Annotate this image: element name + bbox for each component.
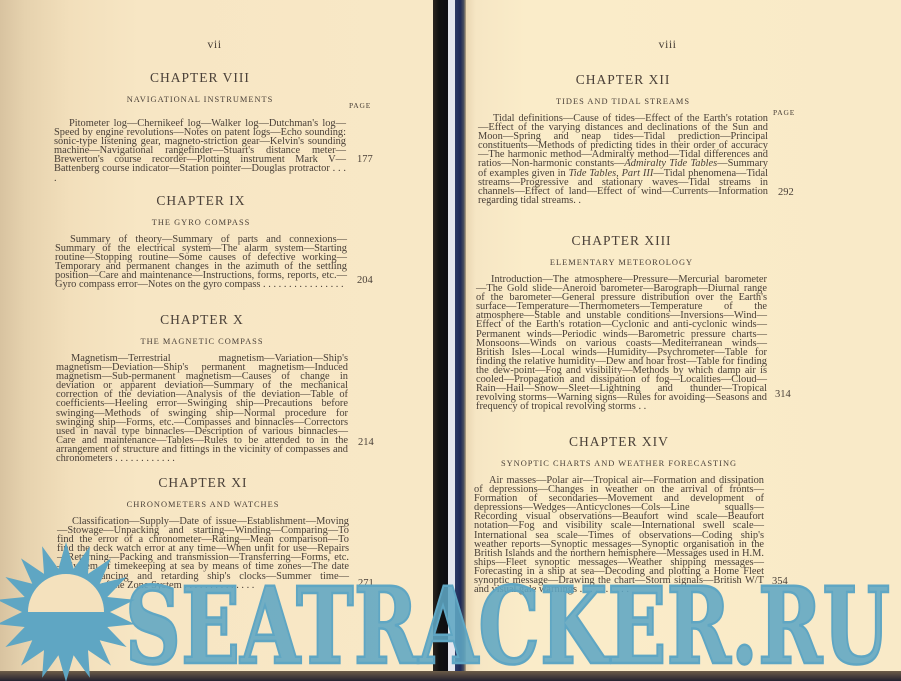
- chapter-xiv: CHAPTER XIV SYNOPTIC CHARTS AND WEATHER …: [474, 434, 764, 594]
- chapter-title: CHAPTER XI: [57, 475, 349, 491]
- book-binding: [455, 0, 466, 681]
- chapter-title: CHAPTER IX: [55, 193, 347, 209]
- page-number: 177: [357, 154, 373, 165]
- chapter-viii: CHAPTER VIII NAVIGATIONAL INSTRUMENTS Pi…: [54, 70, 346, 183]
- right-page: viii CHAPTER XII TIDES AND TIDAL STREAMS…: [466, 0, 901, 681]
- chapter-title: CHAPTER XII: [478, 72, 768, 88]
- page-number: 214: [358, 437, 374, 448]
- chapter-xiii: CHAPTER XIII ELEMENTARY METEOROLOGY Intr…: [476, 233, 767, 411]
- page-folio: viii: [466, 37, 885, 52]
- chapter-subtitle: SYNOPTIC CHARTS AND WEATHER FORECASTING: [474, 459, 764, 468]
- chapter-title: CHAPTER XIV: [474, 434, 764, 450]
- chapter-subtitle: THE MAGNETIC COMPASS: [56, 337, 348, 346]
- page-number: 354: [772, 576, 788, 587]
- chapter-subtitle: ELEMENTARY METEOROLOGY: [476, 258, 767, 267]
- page-number: 314: [775, 389, 791, 400]
- chapter-x: CHAPTER X THE MAGNETIC COMPASS Magnetism…: [56, 312, 348, 463]
- page-number: 292: [778, 187, 794, 198]
- chapter-contents: Air masses—Polar air—Tropical air—Format…: [474, 476, 764, 594]
- chapter-contents: Magnetism—Terrestrial magnetism—Variatio…: [56, 354, 348, 463]
- chapter-subtitle: THE GYRO COMPASS: [55, 218, 347, 227]
- chapter-contents: Introduction—The atmosphere—Pressure—Mer…: [476, 275, 767, 411]
- page-number: 271: [358, 578, 374, 589]
- chapter-contents: Summary of theory—Summary of parts and c…: [55, 235, 347, 290]
- book-gutter: [433, 0, 448, 681]
- chapter-subtitle: CHRONOMETERS AND WATCHES: [57, 500, 349, 509]
- left-page: vii CHAPTER VIII NAVIGATIONAL INSTRUMENT…: [0, 0, 433, 681]
- chapter-title: CHAPTER XIII: [476, 233, 767, 249]
- chapter-xi: CHAPTER XI CHRONOMETERS AND WATCHES Clas…: [57, 475, 349, 590]
- scan-gap: [448, 0, 455, 681]
- page-folio: vii: [0, 37, 431, 52]
- book-bottom-edge: [0, 671, 901, 681]
- chapter-title: CHAPTER VIII: [54, 70, 346, 86]
- chapter-contents: Pitometer log—Chernikeef log—Walker log—…: [54, 119, 346, 183]
- chapter-subtitle: TIDES AND TIDAL STREAMS: [478, 97, 768, 106]
- chapter-title: CHAPTER X: [56, 312, 348, 328]
- chapter-contents: Tidal definitions—Cause of tides—Effect …: [478, 114, 768, 205]
- page-number: 204: [357, 275, 373, 286]
- chapter-subtitle: NAVIGATIONAL INSTRUMENTS: [54, 95, 346, 104]
- chapter-ix: CHAPTER IX THE GYRO COMPASS Summary of t…: [55, 193, 347, 290]
- chapter-xii: CHAPTER XII TIDES AND TIDAL STREAMS Tida…: [478, 72, 768, 205]
- page-column-label: PAGE: [773, 108, 795, 117]
- page-column-label: PAGE: [349, 101, 371, 110]
- chapter-contents: Classification—Supply—Date of issue—Esta…: [57, 517, 349, 590]
